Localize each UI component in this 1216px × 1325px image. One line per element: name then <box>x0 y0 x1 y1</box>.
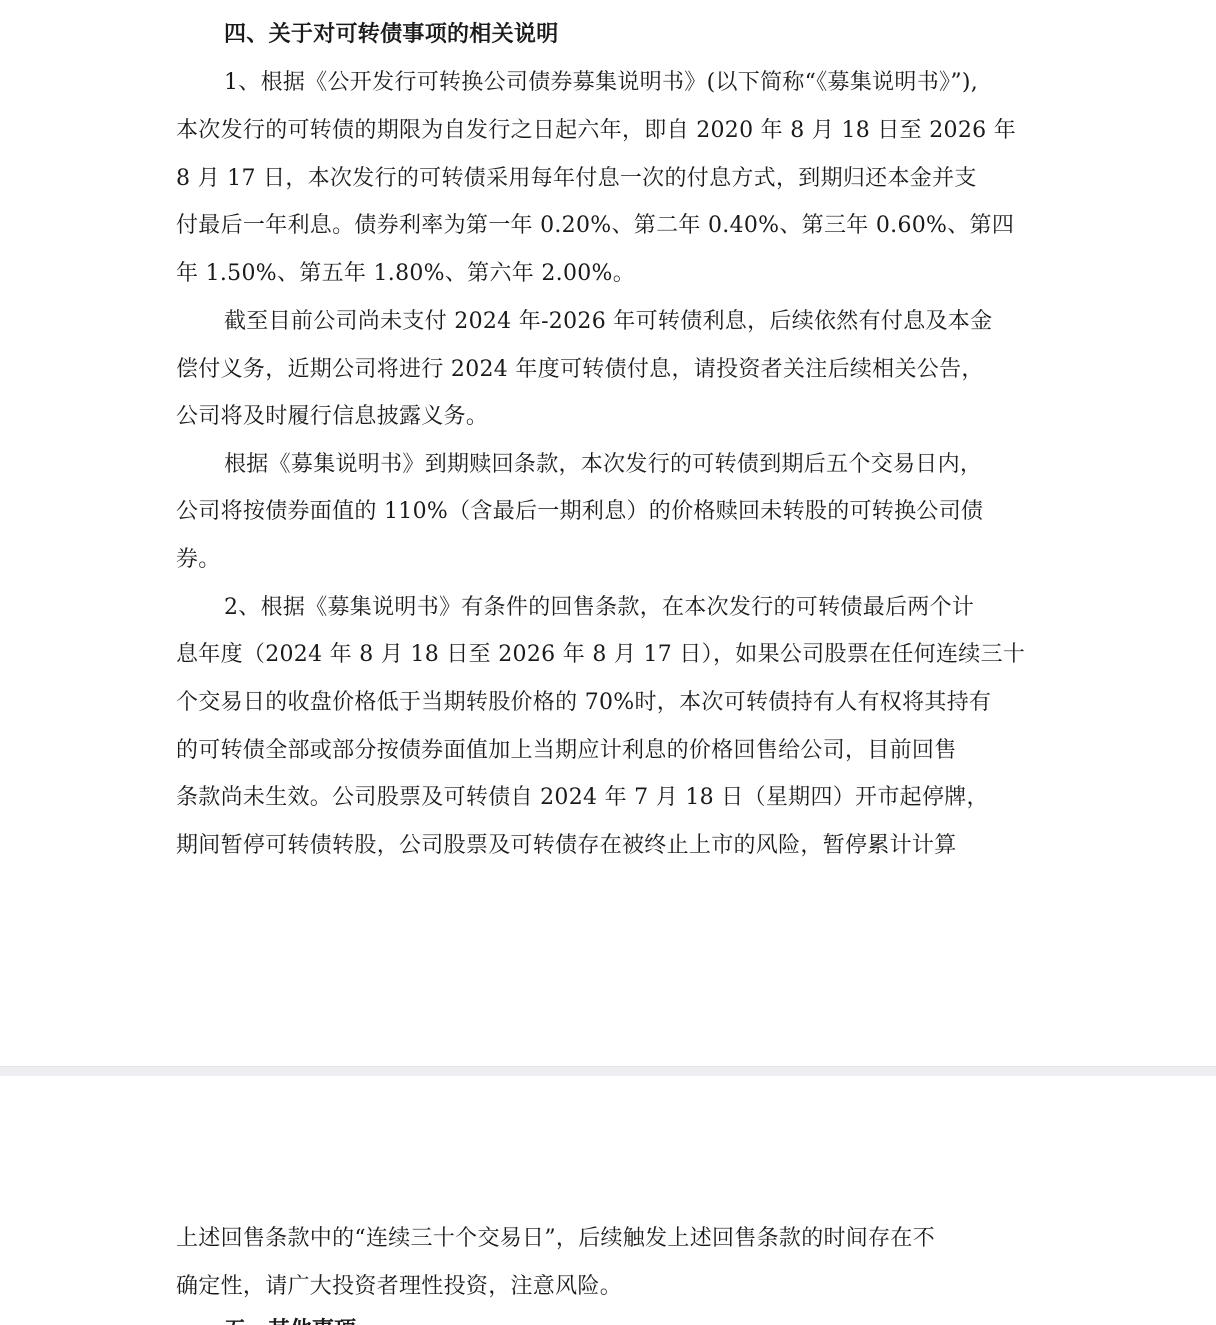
paragraph-line: 期间暂停可转债转股，公司股票及可转债存在被终止上市的风险，暂停累计计算 <box>176 831 957 861</box>
paragraph-line: 确定性，请广大投资者理性投资，注意风险。 <box>176 1272 622 1302</box>
next-section-heading-partial: 五、其他事项 <box>224 1316 356 1325</box>
paragraph-line: 1、根据《公开发行可转换公司债券募集说明书》(以下简称“《募集说明书》”), <box>224 68 978 98</box>
page-separator <box>0 1066 1216 1076</box>
section-heading: 四、关于对可转债事项的相关说明 <box>224 20 559 50</box>
paragraph-line: 偿付义务，近期公司将进行 2024 年度可转债付息，请投资者关注后续相关公告， <box>176 355 984 385</box>
document-page-1: 四、关于对可转债事项的相关说明 1、根据《公开发行可转换公司债券募集说明书》(以… <box>0 0 1216 1066</box>
paragraph-line: 8 月 17 日，本次发行的可转债采用每年付息一次的付息方式，到期归还本金并支 <box>176 164 977 194</box>
paragraph-line: 公司将及时履行信息披露义务。 <box>176 402 488 432</box>
paragraph-line: 个交易日的收盘价格低于当期转股价格的 70%时，本次可转债持有人有权将其持有 <box>176 688 991 718</box>
paragraph-line: 公司将按债券面值的 110%（含最后一期利息）的价格赎回未转股的可转换公司债 <box>176 497 983 527</box>
paragraph-line: 息年度（2024 年 8 月 18 日至 2026 年 8 月 17 日），如果… <box>176 640 1025 670</box>
paragraph-line: 上述回售条款中的“连续三十个交易日”，后续触发上述回售条款的时间存在不 <box>176 1224 935 1254</box>
paragraph-line: 条款尚未生效。公司股票及可转债自 2024 年 7 月 18 日（星期四）开市起… <box>176 783 989 813</box>
paragraph-line: 本次发行的可转债的期限为自发行之日起六年，即自 2020 年 8 月 18 日至… <box>176 116 1016 146</box>
paragraph-line: 付最后一年利息。债券利率为第一年 0.20%、第二年 0.40%、第三年 0.6… <box>176 211 1014 241</box>
paragraph-line: 根据《募集说明书》到期赎回条款，本次发行的可转债到期后五个交易日内， <box>224 450 982 480</box>
paragraph-line: 年 1.50%、第五年 1.80%、第六年 2.00%。 <box>176 259 635 289</box>
paragraph-line: 截至目前公司尚未支付 2024 年-2026 年可转债利息，后续依然有付息及本金 <box>224 307 992 337</box>
paragraph-line: 2、根据《募集说明书》有条件的回售条款，在本次发行的可转债最后两个计 <box>224 593 974 623</box>
paragraph-line: 的可转债全部或部分按债券面值加上当期应计利息的价格回售给公司，目前回售 <box>176 736 957 766</box>
paragraph-line: 券。 <box>176 545 221 575</box>
